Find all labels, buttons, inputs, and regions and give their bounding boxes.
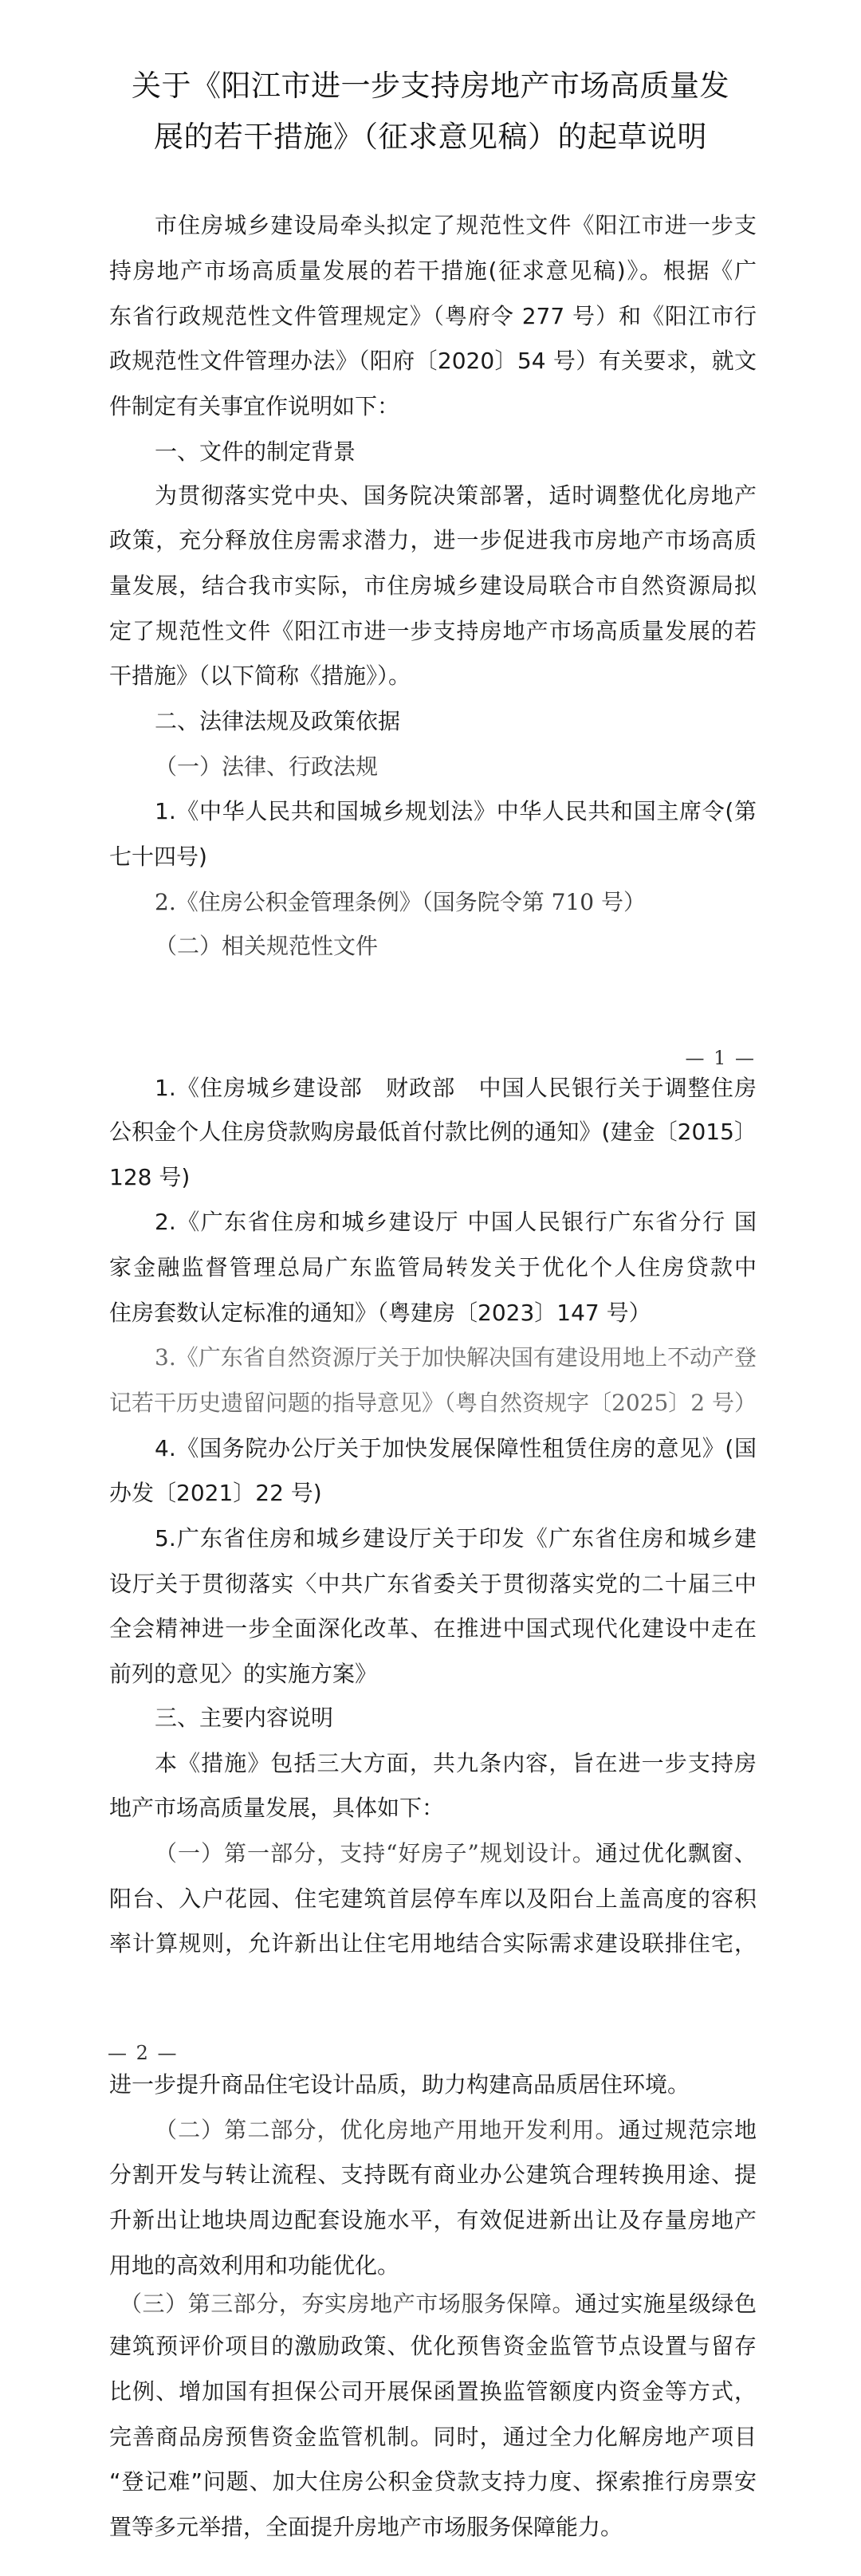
text: 1.《中华人民共和国城乡规划法》中华人民共和国主席令(第 — [155, 798, 757, 824]
part-1-line: 率计算规则，允许新出让住宅用地结合实际需求建设联排住宅， — [109, 1928, 757, 1960]
doc-item-5-cont: 设厅关于贯彻落实〈中共广东省委关于贯彻落实党的二十届三中 — [109, 1568, 757, 1600]
text: 升新出让地块周边配套设施水平，有效促进新出让及存量房地产 — [109, 2207, 757, 2233]
text: 通过实施星级绿色 — [575, 2291, 757, 2317]
text: 置等多元举措，全面提升房地产市场服务保障能力。 — [109, 2514, 623, 2540]
section-heading-main-content: 三、主要内容说明 — [155, 1702, 757, 1734]
part-2-heading: （二）第二部分，优化房地产用地开发利用。 — [155, 2117, 619, 2143]
text: 2.《广东省住房和城乡建设厅 中国人民银行广东省分行 国 — [155, 1209, 757, 1235]
part-3-line: “登记难”问题、加大住房公积金贷款支持力度、探索推行房票安 — [109, 2466, 757, 2498]
text: 市住房城乡建设局牵头拟定了规范性文件《阳江市进一步支 — [155, 212, 757, 238]
doc-item-3-cont: 记若干历史遗留问题的指导意见》（粤自然资规字〔2025〕2 号） — [109, 1387, 757, 1419]
law-item-1-cont: 七十四号) — [109, 841, 757, 873]
text: 3.《广东省自然资源厅关于加快解决国有建设用地上不动产登 — [155, 1344, 757, 1371]
part-3-line: 比例、增加国有担保公司开展保函置换监管额度内资金等方式， — [109, 2376, 757, 2408]
doc-item-1-cont: 公积金个人住房贷款购房最低首付款比例的通知》(建金〔2015〕 — [109, 1116, 757, 1148]
text: 比例、增加国有担保公司开展保函置换监管额度内资金等方式， — [109, 2378, 757, 2405]
intro-paragraph-line: 政规范性文件管理办法》（阳府〔2020〕54 号）有关要求，就文 — [109, 345, 757, 377]
page-number-2: — 2 — — [108, 2041, 179, 2065]
document-page: 关于《阳江市进一步支持房地产市场高质量发 展的若干措施》（征求意见稿）的起草说明… — [0, 0, 861, 2576]
part-3-line: 完善商品房预售资金监管机制。同时，通过全力化解房地产项目 — [109, 2421, 757, 2453]
text: 件制定有关事宜作说明如下： — [109, 393, 399, 419]
law-item-1: 1.《中华人民共和国城乡规划法》中华人民共和国主席令(第 — [155, 796, 757, 828]
heading-text: 一、文件的制定背景 — [155, 439, 356, 465]
background-paragraph-line: 定了规范性文件《阳江市进一步支持房地产市场高质量发展的若 — [109, 615, 757, 647]
part-3-line: 建筑预评价项目的激励政策、优化预售资金监管节点设置与留存 — [109, 2330, 757, 2362]
text: 家金融监督管理总局广东监管局转发关于优化个人住房贷款中 — [109, 1254, 757, 1280]
text: 完善商品房预售资金监管机制。同时，通过全力化解房地产项目 — [109, 2424, 757, 2450]
text: 设厅关于贯彻落实〈中共广东省委关于贯彻落实党的二十届三中 — [109, 1571, 757, 1597]
text: 持房地产市场高质量发展的若干措施(征求意见稿)》。根据《广 — [109, 258, 757, 284]
text: 通过规范宗地 — [619, 2117, 757, 2143]
text: 4.《国务院办公厅关于加快发展保障性租赁住房的意见》(国 — [155, 1435, 757, 1461]
page-number-1: — 1 — — [685, 1046, 756, 1070]
text: 阳台、入户花园、住宅建筑首层停车库以及阳台上盖高度的容积 — [109, 1886, 757, 1912]
doc-item-5-cont: 全会精神进一步全面深化改革、在推进中国式现代化建设中走在 — [109, 1613, 757, 1645]
part-2-line: 用地的高效利用和功能优化。 — [109, 2250, 757, 2282]
text: 5.广东省住房和城乡建设厅关于印发《广东省住房和城乡建 — [155, 1525, 757, 1551]
doc-item-5-cont: 前列的意见〉的实施方案》 — [109, 1658, 757, 1690]
doc-item-2-cont: 住房套数认定标准的通知》（粤建房〔2023〕147 号） — [109, 1297, 757, 1329]
text: 建筑预评价项目的激励政策、优化预售资金监管节点设置与留存 — [109, 2333, 757, 2359]
text: 率计算规则，允许新出让住宅用地结合实际需求建设联排住宅， — [109, 1930, 757, 1957]
text: 地产市场高质量发展，具体如下： — [109, 1795, 444, 1821]
intro-paragraph-line: 持房地产市场高质量发展的若干措施(征求意见稿)》。根据《广 — [109, 255, 757, 287]
text: 量发展，结合我市实际，市住房城乡建设局联合市自然资源局拟 — [109, 572, 757, 599]
doc-item-2: 2.《广东省住房和城乡建设厅 中国人民银行广东省分行 国 — [155, 1206, 757, 1238]
text: 全会精神进一步全面深化改革、在推进中国式现代化建设中走在 — [109, 1615, 757, 1642]
main-content-paragraph-line: 本《措施》包括三大方面，共九条内容，旨在进一步支持房 — [155, 1748, 757, 1780]
background-paragraph-line: 政策，充分释放住房需求潜力，进一步促进我市房地产市场高质 — [109, 525, 757, 556]
part-2-line: （二）第二部分，优化房地产用地开发利用。通过规范宗地 — [155, 2114, 757, 2146]
part-3-line: 置等多元举措，全面提升房地产市场服务保障能力。 — [109, 2511, 757, 2543]
background-paragraph-line: 干措施》（以下简称《措施》）。 — [109, 660, 757, 692]
doc-item-3: 3.《广东省自然资源厅关于加快解决国有建设用地上不动产登 — [155, 1342, 757, 1374]
part-2-line: 分割开发与转让流程、支持既有商业办公建筑合理转换用途、提 — [109, 2159, 757, 2191]
heading-text: （一）法律、行政法规 — [155, 753, 378, 780]
document-title-line-2: 展的若干措施》（征求意见稿）的起草说明 — [0, 120, 861, 155]
text: 东省行政规范性文件管理规定》（粤府令 277 号）和《阳江市行 — [109, 303, 757, 329]
intro-paragraph-line: 件制定有关事宜作说明如下： — [109, 391, 757, 423]
part-1-heading: （一）第一部分，支持“好房子”规划设计。 — [155, 1840, 596, 1866]
text: 七十四号) — [109, 844, 207, 870]
background-paragraph-line: 为贯彻落实党中央、国务院决策部署，适时调整优化房地产 — [155, 480, 757, 512]
text: 用地的高效利用和功能优化。 — [109, 2252, 399, 2279]
text: 2.《住房公积金管理条例》（国务院令第 710 号） — [155, 889, 646, 915]
text: 办发〔2021〕22 号) — [109, 1480, 322, 1506]
text: 记若干历史遗留问题的指导意见》（粤自然资规字〔2025〕2 号） — [109, 1390, 757, 1416]
text: 定了规范性文件《阳江市进一步支持房地产市场高质量发展的若 — [109, 618, 757, 644]
part-2-line: 升新出让地块周边配套设施水平，有效促进新出让及存量房地产 — [109, 2204, 757, 2236]
section-heading-background: 一、文件的制定背景 — [155, 436, 757, 468]
doc-item-2-cont: 家金融监督管理总局广东监管局转发关于优化个人住房贷款中 — [109, 1252, 757, 1284]
text: 本《措施》包括三大方面，共九条内容，旨在进一步支持房 — [155, 1750, 757, 1776]
intro-paragraph-line: 东省行政规范性文件管理规定》（粤府令 277 号）和《阳江市行 — [109, 301, 757, 332]
doc-item-5: 5.广东省住房和城乡建设厅关于印发《广东省住房和城乡建 — [155, 1523, 757, 1555]
text: 通过优化飘窗、 — [596, 1840, 757, 1866]
section-heading-legal-basis: 二、法律法规及政策依据 — [155, 706, 757, 737]
doc-item-1: 1.《住房城乡建设部 财政部 中国人民银行关于调整住房 — [155, 1072, 757, 1104]
text: 公积金个人住房贷款购房最低首付款比例的通知》(建金〔2015〕 — [109, 1119, 757, 1145]
text: 进一步提升商品住宅设计品质，助力构建高品质居住环境。 — [109, 2071, 690, 2098]
text: “登记难”问题、加大住房公积金贷款支持力度、探索推行房票安 — [109, 2468, 757, 2495]
background-paragraph-line: 量发展，结合我市实际，市住房城乡建设局联合市自然资源局拟 — [109, 570, 757, 602]
part-1-line: 进一步提升商品住宅设计品质，助力构建高品质居住环境。 — [109, 2069, 757, 2101]
heading-text: 二、法律法规及政策依据 — [155, 708, 400, 734]
doc-item-4: 4.《国务院办公厅关于加快发展保障性租赁住房的意见》(国 — [155, 1433, 757, 1465]
text: 为贯彻落实党中央、国务院决策部署，适时调整优化房地产 — [155, 482, 757, 509]
law-item-2: 2.《住房公积金管理条例》（国务院令第 710 号） — [155, 887, 757, 918]
text: 1.《住房城乡建设部 财政部 中国人民银行关于调整住房 — [155, 1075, 757, 1101]
intro-paragraph-line: 市住房城乡建设局牵头拟定了规范性文件《阳江市进一步支 — [155, 210, 757, 242]
text: 住房套数认定标准的通知》（粤建房〔2023〕147 号） — [109, 1300, 651, 1326]
text: 政策，充分释放住房需求潜力，进一步促进我市房地产市场高质 — [109, 527, 757, 553]
part-1-line: （一）第一部分，支持“好房子”规划设计。通过优化飘窗、 — [155, 1838, 757, 1870]
subheading-laws: （一）法律、行政法规 — [155, 751, 757, 783]
doc-item-1-cont: 128 号) — [109, 1162, 757, 1194]
subheading-normative-docs: （二）相关规范性文件 — [155, 930, 757, 962]
text: 前列的意见〉的实施方案》 — [109, 1661, 377, 1687]
part-3-line: （三）第三部分，夯实房地产市场服务保障。通过实施星级绿色 — [120, 2288, 757, 2320]
heading-text: （二）相关规范性文件 — [155, 933, 378, 959]
text: 干措施》（以下简称《措施》）。 — [109, 663, 411, 689]
doc-item-4-cont: 办发〔2021〕22 号) — [109, 1477, 757, 1509]
document-title-line-1: 关于《阳江市进一步支持房地产市场高质量发 — [0, 69, 861, 104]
part-3-heading: （三）第三部分，夯实房地产市场服务保障。 — [120, 2291, 575, 2317]
text: 分割开发与转让流程、支持既有商业办公建筑合理转换用途、提 — [109, 2161, 757, 2188]
heading-text: 三、主要内容说明 — [155, 1705, 333, 1731]
text: 128 号) — [109, 1164, 190, 1190]
part-1-line: 阳台、入户花园、住宅建筑首层停车库以及阳台上盖高度的容积 — [109, 1883, 757, 1915]
main-content-paragraph-line: 地产市场高质量发展，具体如下： — [109, 1792, 757, 1824]
text: 政规范性文件管理办法》（阳府〔2020〕54 号）有关要求，就文 — [109, 348, 757, 374]
